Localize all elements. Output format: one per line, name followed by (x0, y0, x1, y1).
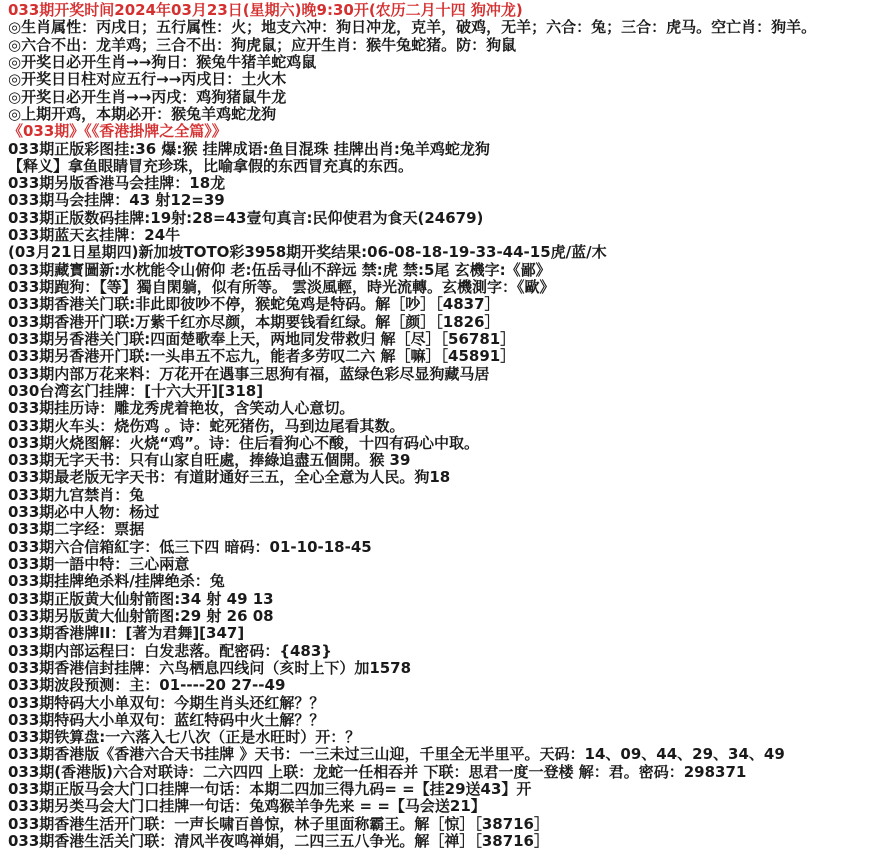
text-line: 033期跑狗：【等】獨自閑躺，似有所等。 雲淡風輕，時光流轉。玄機測字：《歐》 (8, 279, 890, 296)
text-line: 【释义】拿鱼眼睛冒充珍珠，比喻拿假的东西冒充真的东西。 (8, 158, 890, 175)
text-line: 033期正版数码挂牌:19射:28=43壹句真言:民仰使君为食天(24679) (8, 210, 890, 227)
text-line: 033期特码大小单双句：蓝红特码中火土解？？ (8, 712, 890, 729)
text-line: 033期正版彩图挂:36 爆:猴 挂牌成语:鱼目混珠 挂牌出肖:兔羊鸡蛇龙狗 (8, 141, 890, 158)
text-line: 033期火车头：烧伤鸡 。诗：蛇死猪伤，马到边尾看其数。 (8, 418, 890, 435)
text-lines: 033期开奖时间2024年03月23日(星期六)晚9:30开(农历二月十四 狗冲… (8, 2, 890, 850)
text-line: 033期另版黄大仙射箭图:29 射 26 08 (8, 608, 890, 625)
text-line: ◎开奖日必开生肖→→丙戌：鸡狗猪鼠牛龙 (8, 89, 890, 106)
lottery-info-page: 033期开奖时间2024年03月23日(星期六)晚9:30开(农历二月十四 狗冲… (0, 0, 890, 851)
text-line: 033期铁算盘:一六落入七八次（正是水旺时）开：？ (8, 729, 890, 746)
text-line: ◎生肖属性：丙戌日；五行属性：火；地支六冲：狗日冲龙，克羊，破鸡，无羊；六合：兔… (8, 19, 890, 36)
text-line: 033期另香港开门联:一头串五不忘九，能者多劳叹二六 解［嘛］［45891］ (8, 348, 890, 365)
text-line: 033期开奖时间2024年03月23日(星期六)晚9:30开(农历二月十四 狗冲… (8, 2, 890, 19)
text-line: 033期香港生活开门联：一声长啸百兽惊，林子里面称霸王。解［惊］［38716］ (8, 816, 890, 833)
text-line: ◎上期开鸡，本期必开：猴兔羊鸡蛇龙狗 (8, 106, 890, 123)
text-line: 033期内部运程曰：白发悲落。配密码：{483} (8, 643, 890, 660)
text-line: 033期(香港版)六合对联诗：二六四四 上联：龙蛇一任相吞并 下联：思君一度一登… (8, 764, 890, 781)
text-line: ◎六合不出：龙羊鸡；三合不出：狗虎鼠；应开生肖：猴牛兔蛇猪。防：狗鼠 (8, 37, 890, 54)
text-line: ◎开奖日日柱对应五行→→丙戌日：土火木 (8, 71, 890, 88)
text-line: 033期另类马会大门口挂牌一句话：兔鸡猴羊争先来 = =【马会送21】 (8, 798, 890, 815)
text-line: 033期香港版《香港六合天书挂牌 》天书：一三未过三山迎，千里全无半里平。天码：… (8, 746, 890, 763)
text-line: 033期藏寳圖新:水枕能令山俯仰 老:伍岳寻仙不辞远 禁:虎 禁:5尾 玄機字:… (8, 262, 890, 279)
text-line: 033期蓝天玄挂牌：24牛 (8, 227, 890, 244)
text-line: 033期香港信封挂牌：六鸟栖息四线问（亥时上下）加1578 (8, 660, 890, 677)
text-line: 033期香港关门联:非此即彼吵不停，猴蛇兔鸡是特码。解［吵］［4837］ (8, 296, 890, 313)
text-line: 033期香港生活关门联：清风半夜鸣禅娟，二四三五八争光。解［禅］［38716］ (8, 833, 890, 850)
text-line: 033期必中人物：杨过 (8, 504, 890, 521)
text-line: 033期最老版无字天书：有道財通好三五，全心全意为人民。狗18 (8, 469, 890, 486)
text-line: 033期香港开门联:万紫千红亦尽颜，本期要钱看红绿。解［颜］［1826］ (8, 314, 890, 331)
text-line: 033期另版香港马会挂牌：18龙 (8, 175, 890, 192)
text-line: 033期马会挂牌：43 射12=39 (8, 192, 890, 209)
text-line: 033期二字经：票据 (8, 521, 890, 538)
text-line: 033期特码大小单双句：今期生肖头还红解？？ (8, 695, 890, 712)
text-line: 033期火烧图解：火烧“鸡”。诗：住后看狗心不酸，十四有码心中取。 (8, 435, 890, 452)
text-line: 033期挂牌绝杀料/挂牌绝杀：兔 (8, 573, 890, 590)
text-line: 030台湾玄门挂牌：[十六大开][318] (8, 383, 890, 400)
text-line: 033期内部万花来料：万花开在遇事三思狗有福，蓝绿色彩尽显狗藏马居 (8, 366, 890, 383)
text-line: ◎开奖日必开生肖→→狗日：猴兔牛猪羊蛇鸡鼠 (8, 54, 890, 71)
text-line: 033期正版马会大门口挂牌一句话：本期二四加三得九码= =【挂29送43】开 (8, 781, 890, 798)
text-line: 033期六合信箱紅字：低三下四 暗码：01-10-18-45 (8, 539, 890, 556)
text-line: (03月21日星期四)新加坡TOTO彩3958期开奖结果:06-08-18-19… (8, 244, 890, 261)
text-line: 033期香港牌II：[著为君舞][347] (8, 625, 890, 642)
text-line: 033期无字天书：只有山家自旺處，捧綠追盡五個開。猴 39 (8, 452, 890, 469)
text-line: 033期挂历诗：雕龙秀虎着艳妆，含笑动人心意切。 (8, 400, 890, 417)
text-line: 033期一語中特：三心兩意 (8, 556, 890, 573)
text-line: 《033期》《《香港掛牌之全篇》》 (8, 123, 890, 140)
text-line: 033期另香港关门联:四面楚歌奉上天，两地同发带救归 解［尽］［56781］ (8, 331, 890, 348)
text-line: 033期正版黄大仙射箭图:34 射 49 13 (8, 591, 890, 608)
text-line: 033期波段预测：主：01----20 27--49 (8, 677, 890, 694)
text-line: 033期九宫禁肖：兔 (8, 487, 890, 504)
